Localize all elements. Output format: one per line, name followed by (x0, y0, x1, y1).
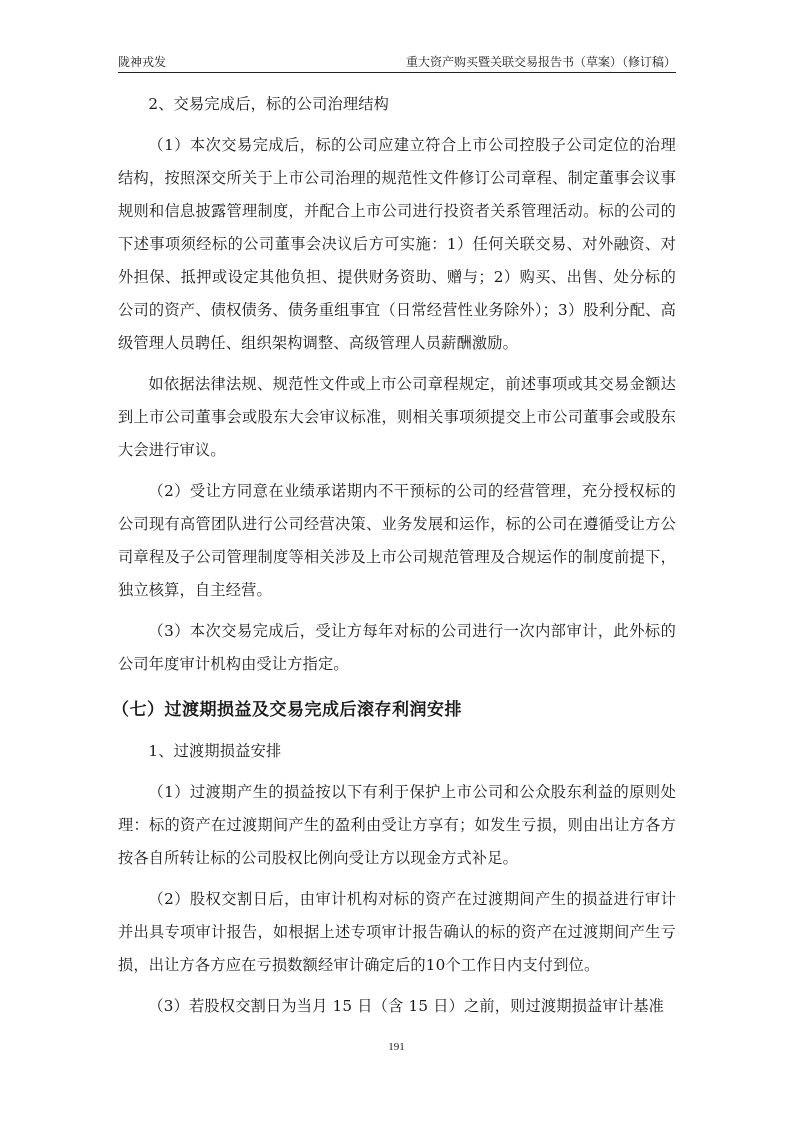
paragraph-governance-approval: 如依据法律法规、规范性文件或上市公司章程规定，前述事项或其交易金额达到上市公司董… (118, 368, 676, 467)
paragraph-governance-1: （1）本次交易完成后，标的公司应建立符合上市公司控股子公司定位的治理结构，按照深… (118, 129, 676, 360)
paragraph-governance-2: （2）受让方同意在业绩承诺期内不干预标的公司的经营管理，充分授权标的公司现有高管… (118, 475, 676, 607)
subheading-governance-structure: 2、交易完成后，标的公司治理结构 (118, 88, 676, 121)
paragraph-transition-1: （1）过渡期产生的损益按以下有利于保护上市公司和公众股东利益的原则处理：标的资产… (118, 776, 676, 875)
subheading-transition-pnl: 1、过渡期损益安排 (118, 735, 676, 768)
header-company-name: 陇神戎发 (118, 54, 166, 70)
page-number: 191 (0, 1041, 793, 1053)
paragraph-transition-3: （3）若股权交割日为当月 15 日（含 15 日）之前，则过渡期损益审计基准 (118, 990, 676, 1023)
paragraph-transition-2: （2）股权交割日后，由审计机构对标的资产在过渡期间产生的损益进行审计并出具专项审… (118, 883, 676, 982)
paragraph-governance-3: （3）本次交易完成后，受让方每年对标的公司进行一次内部审计，此外标的公司年度审计… (118, 615, 676, 681)
document-body: 2、交易完成后，标的公司治理结构 （1）本次交易完成后，标的公司应建立符合上市公… (118, 88, 676, 1031)
page-header: 陇神戎发 重大资产购买暨关联交易报告书（草案）（修订稿） (118, 52, 676, 73)
header-document-title: 重大资产购买暨关联交易报告书（草案）（修订稿） (406, 54, 676, 70)
section-title-transition-period: （七）过渡期损益及交易完成后滚存利润安排 (112, 695, 676, 725)
